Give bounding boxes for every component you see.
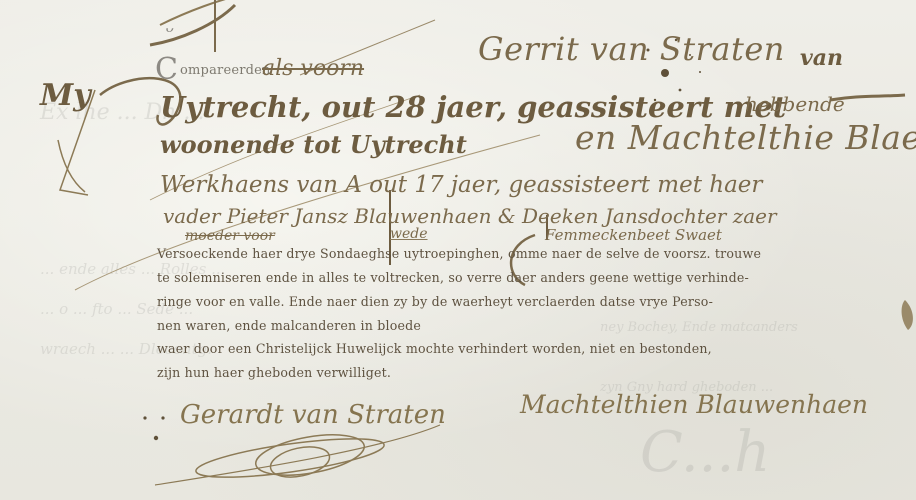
- groom-signature: Gerardt van Straten: [180, 400, 446, 430]
- body-line-2: te solemniseren ende in alles te voltrec…: [157, 270, 749, 285]
- bride-name-line: en Machtelthie Blaeu,: [575, 118, 916, 157]
- body-line-1: Versoeckende haer drye Sondaeghse uytroe…: [157, 246, 761, 261]
- line4-text: Werkhaens van A out 17 jaer, geassisteer…: [160, 172, 762, 198]
- line6-struck: moeder voor: [185, 228, 275, 244]
- bleed-through-text: ney Bochey, Ende matcanders: [600, 320, 798, 335]
- opening-initial: C: [155, 52, 178, 87]
- body-line-6: zijn hun haer gheboden verwilliget.: [157, 365, 391, 380]
- bleed-through-text: C...h: [640, 420, 770, 485]
- line2-suffix: hebbende: [745, 92, 845, 116]
- line1-prefix: ompareerden: [180, 63, 271, 78]
- line5-text: vader Pieter Jansz Blauwenhaen & Deeken …: [163, 204, 777, 228]
- line6-text: wede: [390, 226, 428, 242]
- body-line-5: waer door een Christelijck Huwelijck moc…: [157, 341, 712, 356]
- body-line-3: ringe voor en valle. Ende naer dien zy b…: [157, 294, 713, 309]
- body-line-4: nen waren, ende malcanderen in bloede: [157, 318, 421, 333]
- line1-struck: als voorn: [262, 56, 364, 81]
- line6-interlinear: Femmeckenbeet Swaet: [545, 226, 722, 244]
- document-page: Ex lhe ... Dh ... ... ende alles ... Rol…: [0, 0, 916, 500]
- groom-name-line: Gerrit van Straten: [478, 30, 785, 68]
- line3-text: woonende tot Uytrecht: [160, 130, 467, 159]
- line1-suffix: van: [800, 45, 843, 71]
- bride-signature: Machtelthien Blauwenhaen: [520, 390, 868, 419]
- top-mark: ᴗ: [165, 20, 173, 36]
- margin-note: My: [40, 78, 91, 113]
